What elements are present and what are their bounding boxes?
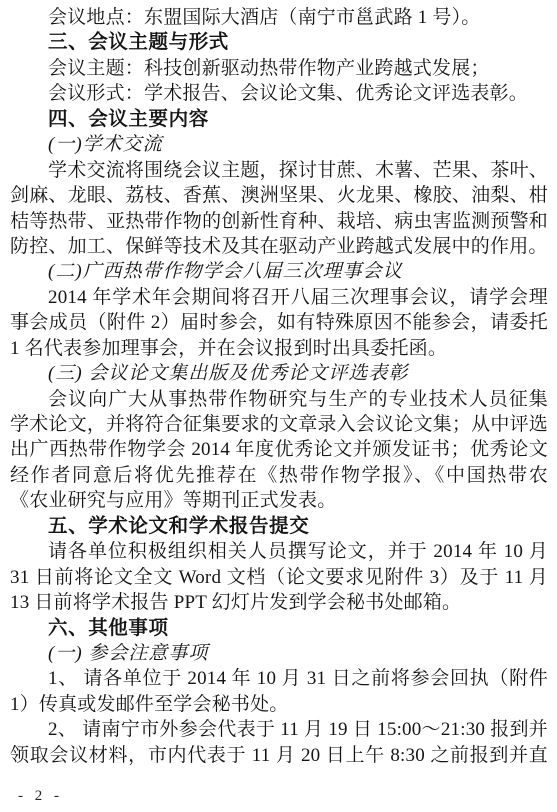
text-line: 剑麻、龙眼、荔枝、香蕉、澳洲坚果、火龙果、橡胶、油梨、柑 <box>10 183 548 208</box>
text-line: 请各单位积极组织相关人员撰写论文，并于 2014 年 10 月 <box>10 539 548 564</box>
text-line: 三、会议主题与形式 <box>10 30 548 55</box>
subsection-heading: (二)广西热带作物学会八届三次理事会议 <box>10 259 548 284</box>
text-line: 会议主题：科技创新驱动热带作物产业跨越式发展； <box>10 56 548 81</box>
section-heading: 三、会议主题与形式 <box>10 30 548 55</box>
text-line: 13 日前将学术报告 PPT 幻灯片发到学会秘书处邮箱。 <box>10 590 548 615</box>
subsection-heading: (一) 参会注意事项 <box>10 641 548 666</box>
text-line: 事会成员（附件 2）届时参会，如有特殊原因不能参会，请委托 <box>10 310 548 335</box>
paragraph: 会议形式：学术报告、会议论文集、优秀论文评选表彰。 <box>10 81 548 106</box>
text-line: 六、其他事项 <box>10 616 548 641</box>
text-line: 1）传真或发邮件至学会秘书处。 <box>10 692 548 717</box>
paragraph: 会议主题：科技创新驱动热带作物产业跨越式发展； <box>10 56 548 81</box>
page-footer: - 2 - <box>18 788 63 805</box>
paragraph: 2014 年学术年会期间将召开八届三次理事会议，请学会理事会成员（附件 2）届时… <box>10 285 548 361</box>
text-line: (一)学术交流 <box>10 132 548 157</box>
paragraph: 请各单位积极组织相关人员撰写论文，并于 2014 年 10 月31 日前将论文全… <box>10 539 548 615</box>
text-line: 五、学术论文和学术报告提交 <box>10 514 548 539</box>
document-content: 会议地点：东盟国际大酒店（南宁市邕武路 1 号）。三、会议主题与形式会议主题：科… <box>10 5 548 768</box>
paragraph: 2、 请南宁市外参会代表于 11 月 19 日 15:00～21:30 报到并领… <box>10 717 548 768</box>
text-line: 学术交流将围绕会议主题，探讨甘蔗、木薯、芒果、茶叶、 <box>10 158 548 183</box>
section-heading: 六、其他事项 <box>10 616 548 641</box>
text-line: 四、会议主要内容 <box>10 107 548 132</box>
text-line: 1、 请各单位于 2014 年 10 月 31 日之前将参会回执（附件 <box>10 666 548 691</box>
text-line: 防控、加工、保鲜等技术及其在驱动产业跨越式发展中的作用。 <box>10 234 548 259</box>
text-line: (三) 会议论文集出版及优秀论文评选表彰 <box>10 361 548 386</box>
text-line: 2、 请南宁市外参会代表于 11 月 19 日 15:00～21:30 报到并 <box>10 717 548 742</box>
text-line: 31 日前将论文全文 Word 文档（论文要求见附件 3）及于 11 月 <box>10 565 548 590</box>
section-heading: 五、学术论文和学术报告提交 <box>10 514 548 539</box>
text-line: 会议形式：学术报告、会议论文集、优秀论文评选表彰。 <box>10 81 548 106</box>
subsection-heading: (一)学术交流 <box>10 132 548 157</box>
text-line: 领取会议材料，市内代表于 11 月 20 日上午 8:30 之前报到并直 <box>10 743 548 768</box>
text-line: (一) 参会注意事项 <box>10 641 548 666</box>
text-line: 学术论文，并将符合征集要求的文章录入会议论文集；从中评选 <box>10 412 548 437</box>
paragraph: 1、 请各单位于 2014 年 10 月 31 日之前将参会回执（附件1）传真或… <box>10 666 548 717</box>
text-line: 经作者同意后将优先推荐在《热带作物学报》、《中国热带农业》、 <box>10 463 548 488</box>
text-line: 会议向广大从事热带作物研究与生产的专业技术人员征集 <box>10 387 548 412</box>
text-line: (二)广西热带作物学会八届三次理事会议 <box>10 259 548 284</box>
text-line: 2014 年学术年会期间将召开八届三次理事会议，请学会理 <box>10 285 548 310</box>
paragraph: 会议地点：东盟国际大酒店（南宁市邕武路 1 号）。 <box>10 5 548 30</box>
text-line: 会议地点：东盟国际大酒店（南宁市邕武路 1 号）。 <box>10 5 548 30</box>
paragraph: 学术交流将围绕会议主题，探讨甘蔗、木薯、芒果、茶叶、剑麻、龙眼、荔枝、香蕉、澳洲… <box>10 158 548 260</box>
page-number: - 2 - <box>18 788 63 804</box>
section-heading: 四、会议主要内容 <box>10 107 548 132</box>
document-page: 会议地点：东盟国际大酒店（南宁市邕武路 1 号）。三、会议主题与形式会议主题：科… <box>0 0 557 812</box>
text-line: 1 名代表参加理事会，并在会议报到时出具委托函。 <box>10 336 548 361</box>
text-line: 出广西热带作物学会 2014 年度优秀论文并颁发证书；优秀论文 <box>10 437 548 462</box>
text-line: 桔等热带、亚热带作物的创新性育种、栽培、病虫害监测预警和 <box>10 209 548 234</box>
text-line: 《农业研究与应用》等期刊正式发表。 <box>10 488 548 513</box>
subsection-heading: (三) 会议论文集出版及优秀论文评选表彰 <box>10 361 548 386</box>
paragraph: 会议向广大从事热带作物研究与生产的专业技术人员征集学术论文，并将符合征集要求的文… <box>10 387 548 514</box>
